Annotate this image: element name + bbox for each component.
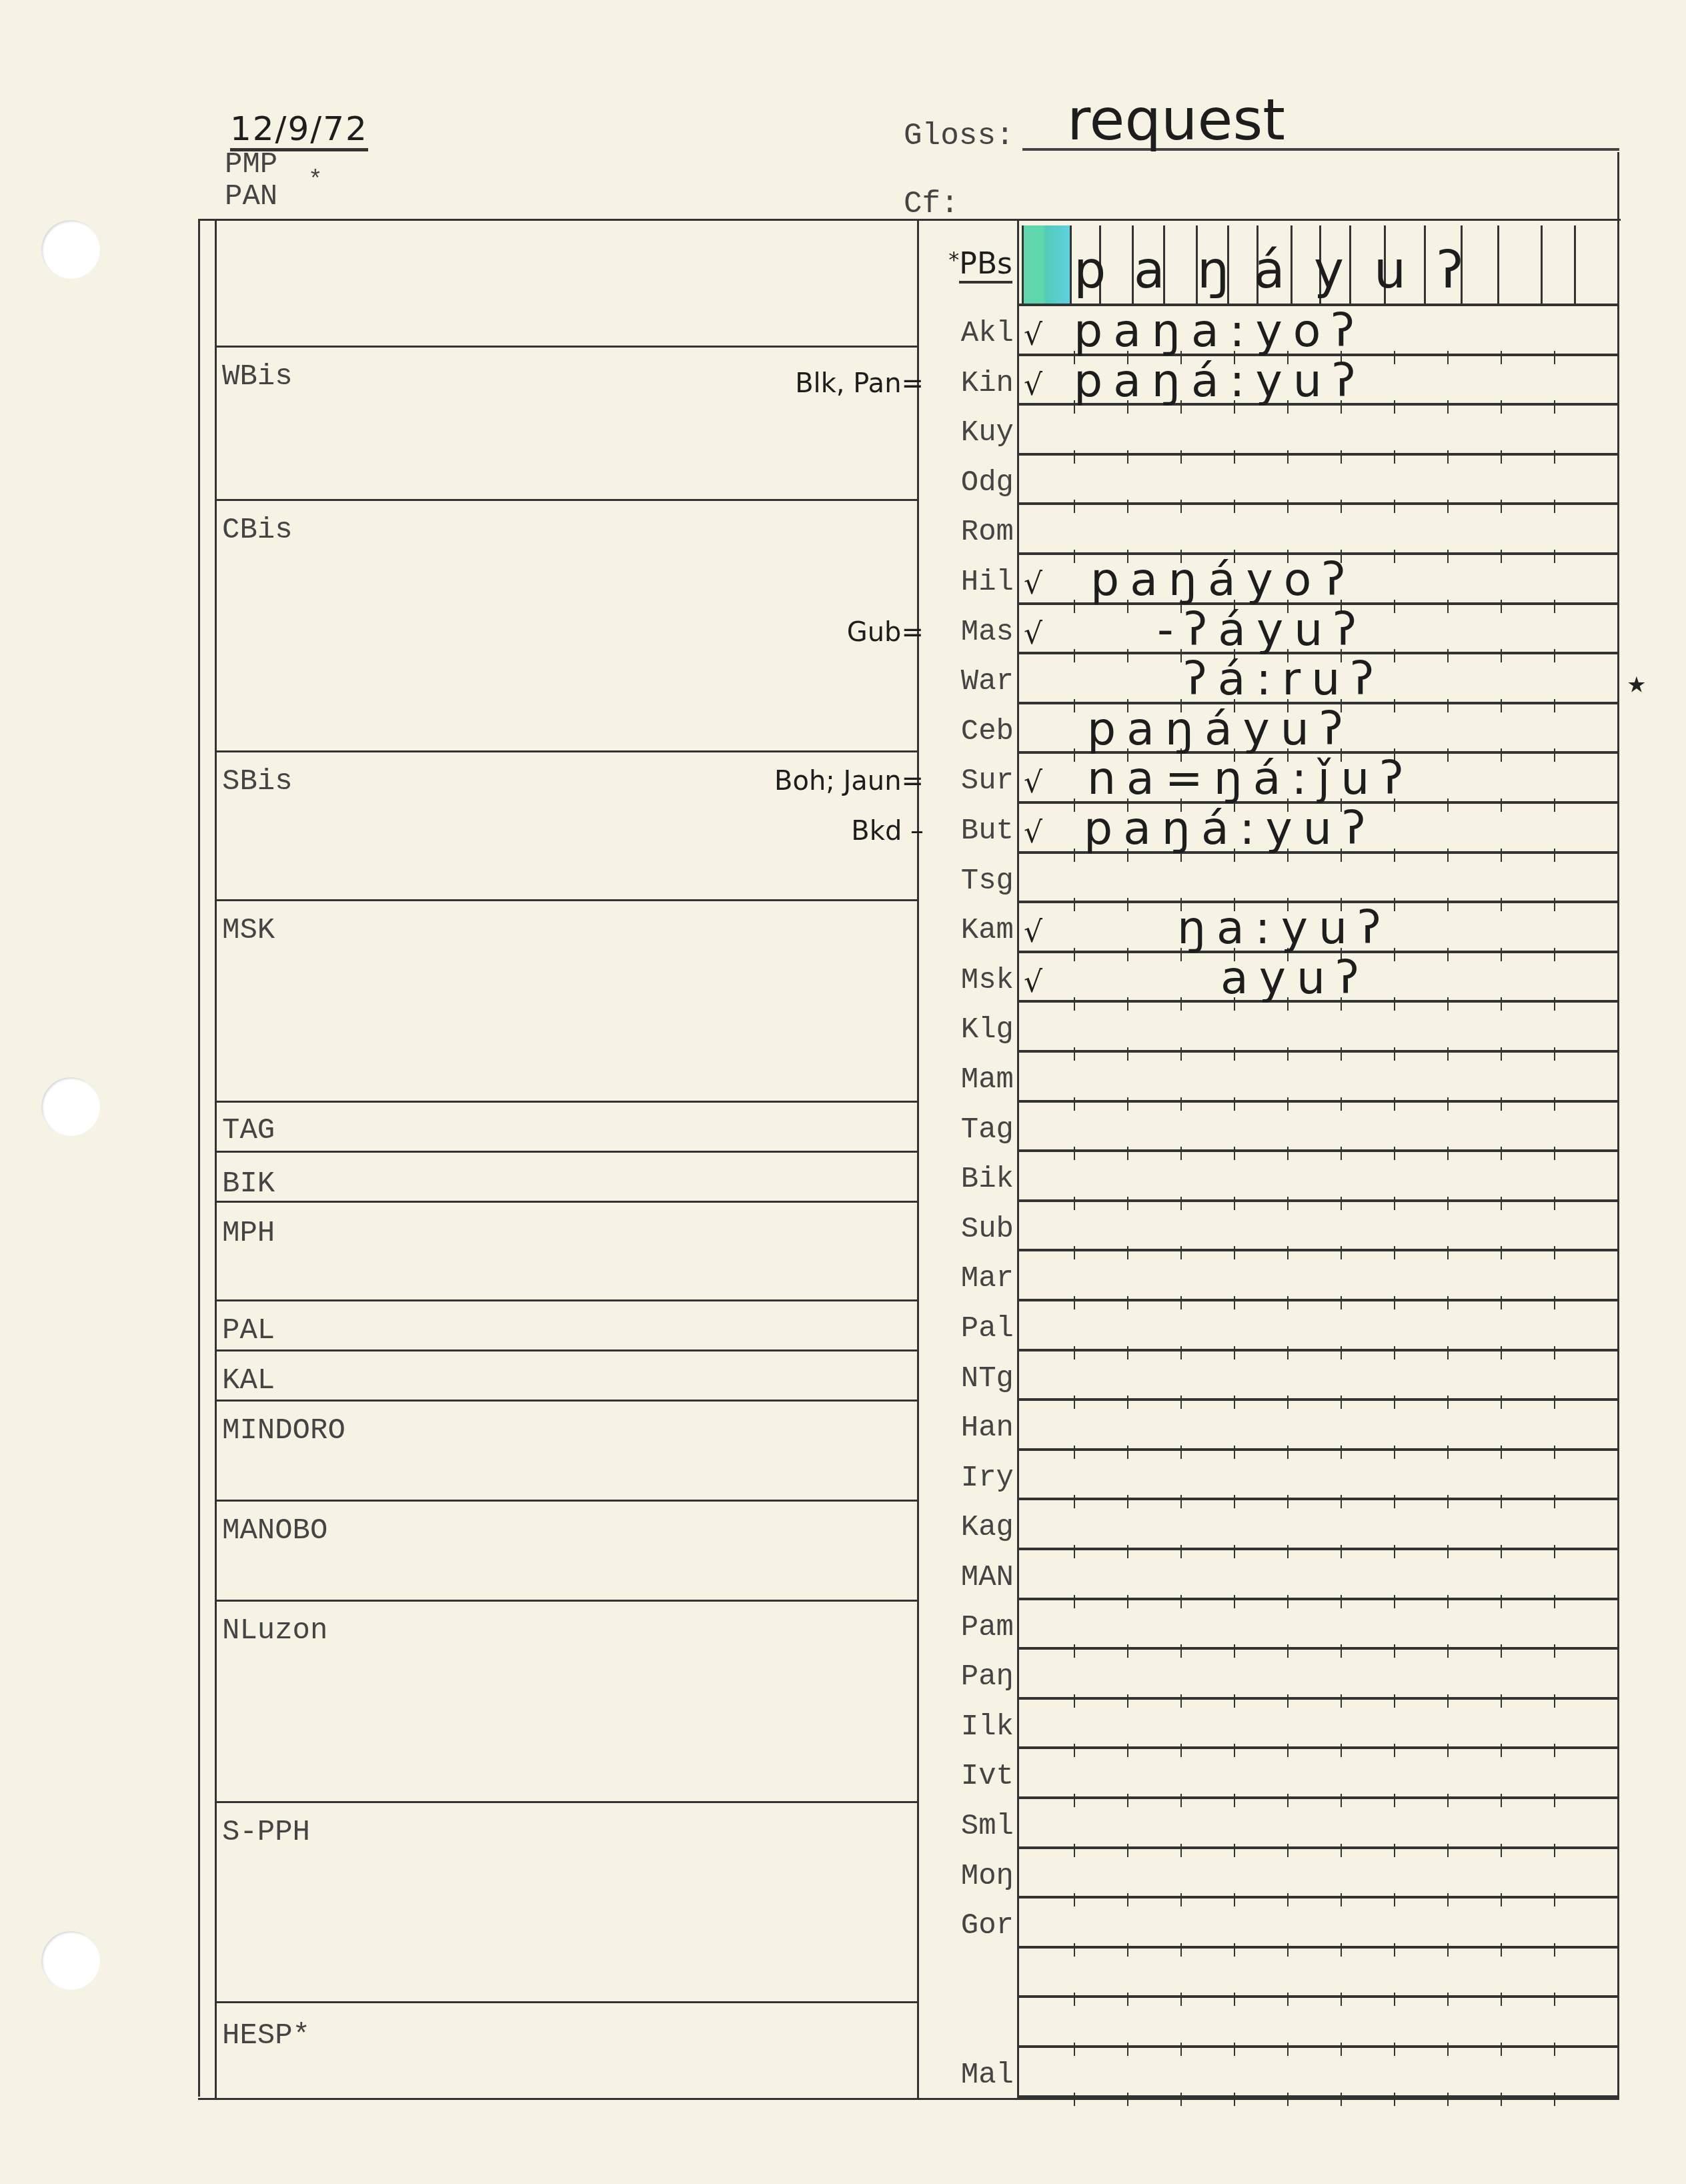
- row-tick: [1447, 550, 1449, 563]
- row-tick: [1341, 2043, 1342, 2056]
- section-divider: [215, 1600, 917, 1602]
- row-tick: [1341, 1147, 1342, 1160]
- row-tick: [1501, 849, 1502, 862]
- row-tick: [1127, 1346, 1128, 1359]
- row-line: [1017, 502, 1617, 505]
- row-tick: [1394, 450, 1395, 464]
- row-tick: [1287, 1296, 1289, 1309]
- row-line: [1017, 1398, 1617, 1401]
- row-tick: [1341, 1495, 1342, 1508]
- frame-top: [198, 219, 1621, 221]
- row-tick: [1394, 1794, 1395, 1807]
- row-tick: [1180, 1246, 1182, 1259]
- row-tick: [1127, 1396, 1128, 1409]
- section-divider: [215, 1151, 917, 1153]
- row-tick: [1501, 1346, 1502, 1359]
- row-tick: [1234, 1296, 1235, 1309]
- language-code: Klg: [920, 1013, 1014, 1047]
- section-label: CBis: [222, 514, 293, 547]
- row-tick: [1180, 1296, 1182, 1309]
- row-tick: [1127, 450, 1128, 464]
- row-tick: [1501, 1047, 1502, 1061]
- section-label: HESP*: [222, 2019, 310, 2053]
- row-tick: [1554, 1246, 1555, 1259]
- row-tick: [1447, 1993, 1449, 2006]
- row-tick: [1234, 1346, 1235, 1359]
- row-tick: [1501, 948, 1502, 961]
- row-tick: [1287, 1097, 1289, 1111]
- cognate-form: paŋáyoʔ: [1090, 554, 1356, 606]
- language-code: Paŋ: [920, 1660, 1014, 1694]
- row-tick: [1287, 1993, 1289, 2006]
- row-tick: [1180, 1893, 1182, 1906]
- row-tick: [1447, 1744, 1449, 1757]
- row-tick: [1501, 1644, 1502, 1658]
- row-line: [1017, 1697, 1617, 1700]
- row-tick: [1554, 997, 1555, 1011]
- language-column-left-border: [917, 219, 919, 2100]
- language-code: Ceb: [920, 715, 1014, 748]
- cell-divider: [1291, 225, 1293, 304]
- row-tick: [1234, 1694, 1235, 1708]
- row-tick: [1074, 1694, 1075, 1708]
- row-tick: [1074, 699, 1075, 712]
- row-tick: [1074, 1993, 1075, 2006]
- row-tick: [1394, 2043, 1395, 2056]
- language-code: Kag: [920, 1511, 1014, 1544]
- cell-divider: [1022, 225, 1024, 304]
- row-tick: [1394, 2093, 1395, 2106]
- row-tick: [1447, 351, 1449, 364]
- language-code: Sur: [920, 764, 1014, 798]
- row-tick: [1180, 1694, 1182, 1708]
- row-tick: [1394, 1197, 1395, 1210]
- row-tick: [1394, 500, 1395, 513]
- row-tick: [1501, 699, 1502, 712]
- section-divider: [215, 899, 917, 901]
- row-tick: [1341, 1893, 1342, 1906]
- row-line: [1017, 1995, 1617, 1998]
- row-tick: [1127, 1993, 1128, 2006]
- row-tick: [1394, 1744, 1395, 1757]
- language-code: Tag: [920, 1113, 1014, 1147]
- row-tick: [1394, 1346, 1395, 1359]
- row-tick: [1074, 1893, 1075, 1906]
- row-tick: [1074, 2043, 1075, 2056]
- row-tick: [1394, 948, 1395, 961]
- row-tick: [1127, 948, 1128, 961]
- row-tick: [1394, 1495, 1395, 1508]
- section-divider: [215, 2001, 917, 2003]
- row-tick: [1287, 1446, 1289, 1459]
- row-tick: [1127, 1844, 1128, 1857]
- row-line: [1017, 1349, 1617, 1351]
- row-tick: [1234, 450, 1235, 464]
- row-tick: [1234, 2093, 1235, 2106]
- row-tick: [1554, 1545, 1555, 1558]
- row-tick: [1501, 748, 1502, 762]
- row-tick: [1554, 798, 1555, 812]
- row-tick: [1447, 1595, 1449, 1608]
- row-tick: [1554, 699, 1555, 712]
- row-tick: [1447, 400, 1449, 414]
- check-mark-icon: √: [1024, 915, 1042, 949]
- cell-divider: [1349, 225, 1351, 304]
- row-tick: [1074, 1047, 1075, 1061]
- row-tick: [1074, 500, 1075, 513]
- row-tick: [1074, 997, 1075, 1011]
- row-tick: [1554, 649, 1555, 662]
- row-line: [1017, 1448, 1617, 1451]
- row-tick: [1074, 1346, 1075, 1359]
- row-tick: [1501, 351, 1502, 364]
- row-tick: [1074, 1545, 1075, 1558]
- binder-hole-top: [41, 220, 100, 279]
- cell-divider: [1574, 225, 1576, 304]
- row-tick: [1447, 699, 1449, 712]
- row-tick: [1287, 1246, 1289, 1259]
- level-label-pan: PAN: [225, 180, 277, 213]
- row-tick: [1180, 1644, 1182, 1658]
- row-tick: [1234, 1147, 1235, 1160]
- row-tick: [1234, 1794, 1235, 1807]
- row-tick: [1394, 1644, 1395, 1658]
- row-tick: [1180, 1595, 1182, 1608]
- row-tick: [1501, 1993, 1502, 2006]
- row-tick: [1447, 1545, 1449, 1558]
- row-tick: [1287, 1396, 1289, 1409]
- cognate-form: paŋá:yuʔ: [1074, 355, 1367, 408]
- row-tick: [1501, 1794, 1502, 1807]
- row-line: [1017, 1746, 1617, 1749]
- row-tick: [1447, 1147, 1449, 1160]
- section-label: NLuzon: [222, 1614, 327, 1648]
- row-tick: [1341, 1794, 1342, 1807]
- row-tick: [1127, 1744, 1128, 1757]
- language-code: Moŋ: [920, 1860, 1014, 1893]
- row-tick: [1287, 1844, 1289, 1857]
- row-tick: [1180, 1794, 1182, 1807]
- cognate-form: ʔá:ruʔ: [1184, 653, 1385, 706]
- row-tick: [1554, 600, 1555, 613]
- frame-outer-left: [198, 219, 200, 2097]
- row-tick: [1234, 1744, 1235, 1757]
- row-tick: [1234, 1197, 1235, 1210]
- row-tick: [1447, 748, 1449, 762]
- row-tick: [1074, 2093, 1075, 2106]
- row-tick: [1501, 1296, 1502, 1309]
- row-tick: [1234, 1993, 1235, 2006]
- language-code: Mal: [920, 2059, 1014, 2092]
- check-mark-icon: √: [1024, 766, 1042, 800]
- row-tick: [1447, 997, 1449, 1011]
- row-tick: [1180, 1495, 1182, 1508]
- section-divider: [215, 1400, 917, 1402]
- language-code: Gor: [920, 1909, 1014, 1943]
- row-tick: [1501, 500, 1502, 513]
- row-line: [1017, 1299, 1617, 1301]
- row-tick: [1234, 1893, 1235, 1906]
- row-tick: [1127, 898, 1128, 911]
- language-code: NTg: [920, 1362, 1014, 1396]
- row-tick: [1394, 1694, 1395, 1708]
- row-tick: [1501, 400, 1502, 414]
- language-code: Iry: [920, 1462, 1014, 1495]
- row-tick: [1554, 1296, 1555, 1309]
- row-tick: [1180, 450, 1182, 464]
- row-tick: [1074, 550, 1075, 563]
- row-tick: [1554, 1893, 1555, 1906]
- reconstruction-segment: ŋ: [1197, 240, 1229, 300]
- row-tick: [1127, 997, 1128, 1011]
- row-tick: [1394, 1047, 1395, 1061]
- row-tick: [1180, 2093, 1182, 2106]
- row-tick: [1447, 1844, 1449, 1857]
- language-code: Pal: [920, 1312, 1014, 1345]
- language-code: Ilk: [920, 1710, 1014, 1744]
- row-tick: [1501, 1147, 1502, 1160]
- row-tick: [1554, 1694, 1555, 1708]
- row-tick: [1447, 798, 1449, 812]
- reconstruction-segment: á: [1254, 240, 1285, 300]
- row-line: [1017, 1548, 1617, 1550]
- check-mark-icon: √: [1024, 567, 1042, 601]
- check-mark-icon: √: [1024, 965, 1042, 999]
- check-mark-icon: √: [1024, 368, 1042, 402]
- row-tick: [1501, 997, 1502, 1011]
- row-tick: [1127, 649, 1128, 662]
- gloss-label: Gloss:: [904, 119, 1014, 153]
- row-tick: [1554, 1197, 1555, 1210]
- row-tick: [1394, 550, 1395, 563]
- row-tick: [1074, 1246, 1075, 1259]
- section-divider: [215, 1349, 917, 1351]
- row-tick: [1554, 1495, 1555, 1508]
- row-tick: [1394, 898, 1395, 911]
- row-line: [1017, 1846, 1617, 1849]
- row-tick: [1287, 1893, 1289, 1906]
- row-tick: [1127, 1794, 1128, 1807]
- row-tick: [1501, 1495, 1502, 1508]
- row-tick: [1074, 1197, 1075, 1210]
- row-tick: [1447, 849, 1449, 862]
- row-tick: [1341, 1396, 1342, 1409]
- row-tick: [1341, 1993, 1342, 2006]
- row-tick: [1074, 649, 1075, 662]
- row-tick: [1501, 1197, 1502, 1210]
- reconstruction-segment: u: [1374, 240, 1406, 300]
- row-tick: [1394, 400, 1395, 414]
- row-tick: [1447, 2093, 1449, 2106]
- section-divider: [215, 346, 917, 348]
- row-tick: [1074, 898, 1075, 911]
- row-tick: [1394, 1893, 1395, 1906]
- row-line: [1017, 1149, 1617, 1152]
- reconstruction-segment: ʔ: [1437, 240, 1463, 300]
- row-tick: [1447, 1047, 1449, 1061]
- row-tick: [1287, 1595, 1289, 1608]
- row-tick: [1501, 1893, 1502, 1906]
- language-code: Rom: [920, 516, 1014, 549]
- frame-inner-left: [215, 219, 217, 2100]
- row-line: [1017, 1199, 1617, 1202]
- row-tick: [1554, 1097, 1555, 1111]
- language-code: Mar: [920, 1262, 1014, 1295]
- row-tick: [1394, 1097, 1395, 1111]
- row-tick: [1287, 1794, 1289, 1807]
- row-tick: [1127, 2093, 1128, 2106]
- row-tick: [1554, 748, 1555, 762]
- row-tick: [1287, 1744, 1289, 1757]
- row-tick: [1447, 1296, 1449, 1309]
- row-tick: [1341, 1844, 1342, 1857]
- row-tick: [1234, 1047, 1235, 1061]
- row-tick: [1127, 1047, 1128, 1061]
- row-tick: [1127, 1446, 1128, 1459]
- row-tick: [1074, 1943, 1075, 1957]
- row-tick: [1180, 1446, 1182, 1459]
- row-tick: [1341, 1545, 1342, 1558]
- row-tick: [1287, 2043, 1289, 2056]
- row-tick: [1394, 1943, 1395, 1957]
- row-tick: [1341, 500, 1342, 513]
- row-tick: [1074, 1794, 1075, 1807]
- row-tick: [1501, 1694, 1502, 1708]
- language-code: MAN: [920, 1561, 1014, 1594]
- row-line: [1017, 1796, 1617, 1799]
- row-tick: [1394, 600, 1395, 613]
- row-tick: [1447, 1246, 1449, 1259]
- row-tick: [1074, 1644, 1075, 1658]
- row-tick: [1501, 450, 1502, 464]
- language-code: Bik: [920, 1163, 1014, 1196]
- row-tick: [1554, 849, 1555, 862]
- row-tick: [1501, 1943, 1502, 1957]
- row-tick: [1394, 849, 1395, 862]
- section-label: BIK: [222, 1167, 275, 1201]
- row-tick: [1554, 550, 1555, 563]
- row-tick: [1074, 1595, 1075, 1608]
- language-code: Kuy: [920, 416, 1014, 450]
- row-tick: [1554, 948, 1555, 961]
- row-tick: [1341, 1346, 1342, 1359]
- row-tick: [1501, 1396, 1502, 1409]
- row-tick: [1234, 1943, 1235, 1957]
- row-tick: [1341, 1047, 1342, 1061]
- check-mark-icon: √: [1024, 617, 1042, 651]
- row-tick: [1287, 1495, 1289, 1508]
- section-label: MANOBO: [222, 1514, 327, 1548]
- row-tick: [1554, 1993, 1555, 2006]
- binder-hole-bottom: [41, 1931, 100, 1990]
- gloss-value: request: [1067, 87, 1285, 153]
- row-tick: [1074, 1744, 1075, 1757]
- row-line: [1017, 1647, 1617, 1650]
- section-label: PAL: [222, 1314, 275, 1347]
- row-tick: [1554, 2093, 1555, 2106]
- cognate-form: ayuʔ: [1220, 952, 1370, 1005]
- row-tick: [1447, 500, 1449, 513]
- row-tick: [1180, 1744, 1182, 1757]
- row-tick: [1341, 1744, 1342, 1757]
- language-code: War: [920, 665, 1014, 698]
- row-tick: [1447, 1893, 1449, 1906]
- language-code: Pam: [920, 1611, 1014, 1644]
- row-tick: [1234, 500, 1235, 513]
- row-tick: [1447, 898, 1449, 911]
- row-tick: [1554, 351, 1555, 364]
- row-tick: [1287, 500, 1289, 513]
- row-tick: [1501, 1545, 1502, 1558]
- row-tick: [1180, 1197, 1182, 1210]
- row-tick: [1394, 1545, 1395, 1558]
- row-line: [1017, 1100, 1617, 1103]
- row-tick: [1074, 450, 1075, 464]
- row-tick: [1341, 450, 1342, 464]
- row-tick: [1287, 2093, 1289, 2106]
- row-tick: [1234, 1595, 1235, 1608]
- row-tick: [1180, 1545, 1182, 1558]
- row-tick: [1341, 1943, 1342, 1957]
- row-tick: [1287, 1346, 1289, 1359]
- row-tick: [1127, 1545, 1128, 1558]
- row-tick: [1127, 1644, 1128, 1658]
- row-tick: [1127, 500, 1128, 513]
- row-tick: [1341, 1595, 1342, 1608]
- section-label: SBis: [222, 765, 293, 798]
- row-tick: [1501, 798, 1502, 812]
- row-tick: [1447, 450, 1449, 464]
- row-tick: [1501, 1744, 1502, 1757]
- section-divider: [215, 1201, 917, 1203]
- row-tick: [1074, 1844, 1075, 1857]
- language-code: Hil: [920, 566, 1014, 599]
- row-tick: [1447, 1495, 1449, 1508]
- section-label: MSK: [222, 914, 275, 947]
- row-tick: [1501, 1446, 1502, 1459]
- row-tick: [1554, 1047, 1555, 1061]
- binder-hole-middle: [41, 1077, 100, 1136]
- row-tick: [1447, 1346, 1449, 1359]
- row-tick: [1127, 1296, 1128, 1309]
- row-tick: [1341, 1694, 1342, 1708]
- language-column-right-border: [1017, 219, 1019, 2100]
- row-tick: [1341, 2093, 1342, 2106]
- pmp-marker: *: [308, 167, 323, 194]
- row-tick: [1180, 1844, 1182, 1857]
- row-tick: [1127, 1097, 1128, 1111]
- date: 12/9/72: [230, 112, 368, 151]
- row-tick: [1394, 1844, 1395, 1857]
- section-divider: [215, 499, 917, 501]
- row-tick: [1287, 1545, 1289, 1558]
- row-tick: [1554, 1644, 1555, 1658]
- row-tick: [1127, 1197, 1128, 1210]
- row-tick: [1127, 1943, 1128, 1957]
- row-tick: [1447, 1794, 1449, 1807]
- row-line: [1017, 1498, 1617, 1500]
- frame-right: [1617, 152, 1619, 2100]
- section-divider: [215, 1299, 917, 1301]
- row-tick: [1180, 1993, 1182, 2006]
- row-tick: [1341, 1446, 1342, 1459]
- row-tick: [1234, 1396, 1235, 1409]
- row-tick: [1394, 1446, 1395, 1459]
- row-tick: [1554, 400, 1555, 414]
- row-tick: [1394, 1993, 1395, 2006]
- cross-reference-note: Boh; Jaun=: [774, 766, 924, 796]
- row-tick: [1554, 1943, 1555, 1957]
